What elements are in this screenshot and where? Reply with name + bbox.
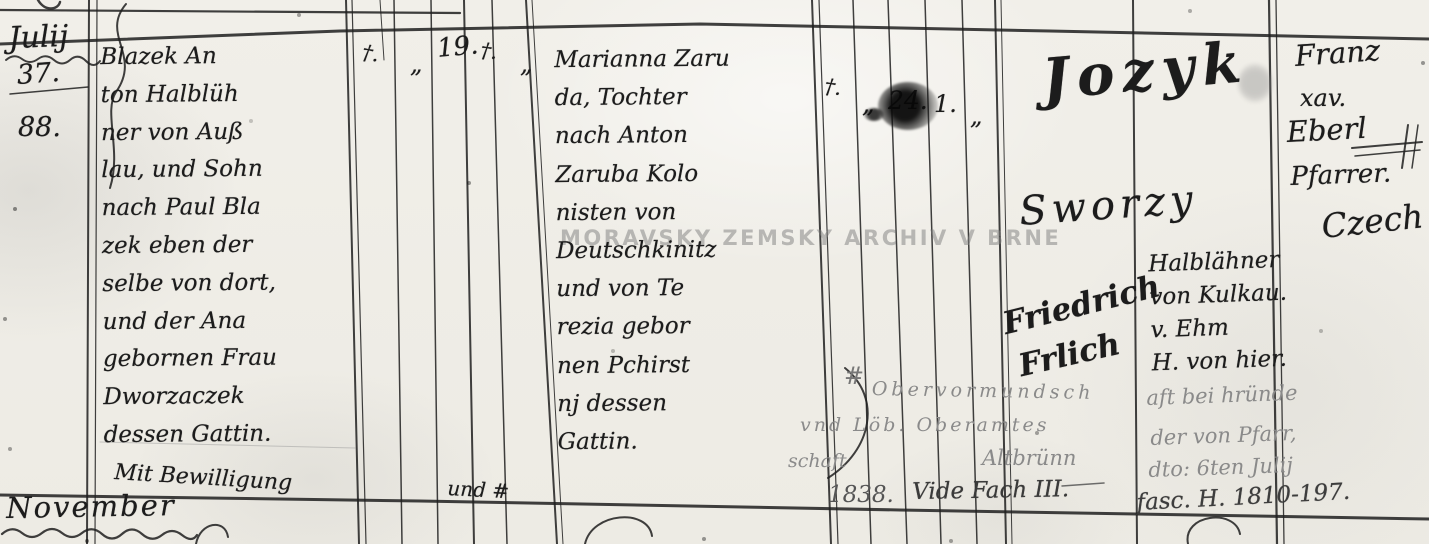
groom-text-line: selbe von dort, xyxy=(102,264,364,304)
groom-text-line: nach Paul Bla xyxy=(102,188,364,228)
priest-signature-line3: Eberl xyxy=(1286,114,1367,147)
bride-text-line: und von Te xyxy=(556,268,822,309)
witness-detail-line: H. von hier. xyxy=(1151,343,1290,381)
witness-details: Halblähner von Kulkau. v. Ehm H. von hie… xyxy=(1148,244,1290,381)
groom-text-line: Blazek An xyxy=(100,37,362,77)
pencil-note-year: 1838. xyxy=(828,484,894,507)
groom-religion-ditto: „ xyxy=(410,52,422,76)
witness-detail-line: v. Ehm xyxy=(1150,310,1289,348)
bride-entry-text: Marianna Zaru da, Tochter nach Anton Zar… xyxy=(554,39,824,462)
groom-text-line: ner von Auß xyxy=(101,112,363,152)
groom-religion-mark: †. xyxy=(360,42,381,66)
priest-signature-line4: Pfarrer. xyxy=(1290,160,1392,189)
pencil-note-row3c: dto: 6ten Julij xyxy=(1148,455,1293,481)
groom-text-line: zek eben der xyxy=(102,226,364,266)
scan-noise xyxy=(0,0,2,2)
priest-signature-line2: xav. xyxy=(1300,86,1346,110)
pencil-note-row3a: schaft xyxy=(788,452,847,471)
bride-text-line: nj dessen xyxy=(557,383,823,424)
bride-status-ditto: „ xyxy=(970,104,982,128)
groom-text-line: dessen Gattin. xyxy=(103,415,365,455)
witness-signature-line2: Sworzy xyxy=(1018,180,1199,232)
bride-text-line: Zaruba Kolo xyxy=(555,153,821,194)
bride-text-line: da, Tochter xyxy=(555,77,821,118)
pencil-note-row1b: aft bei hründe xyxy=(1146,383,1298,409)
groom-text-line: Dworzaczek xyxy=(103,377,365,417)
bride-text-line: nach Anton xyxy=(555,115,821,156)
ink-blot xyxy=(878,82,938,130)
bride-text-line: nen Pchirst xyxy=(557,344,823,385)
groom-status-mark: †. xyxy=(479,40,499,63)
groom-entry-text: Blazek An ton Halblüh ner von Auß lau, u… xyxy=(100,37,366,455)
bride-text-line: Gattin. xyxy=(558,421,824,462)
groom-text-line: gebornen Frau xyxy=(103,339,365,379)
entry-record-number: 37. xyxy=(16,59,61,89)
witness-signature-line1: Jozyk xyxy=(1040,34,1251,108)
groom-text-line: ton Halblüh xyxy=(101,75,363,115)
bride-text-line: nisten von xyxy=(556,192,822,233)
pencil-note-row2b: der von Pfarr, xyxy=(1150,423,1297,449)
pencil-note-row2a: vnd Löb. Oberamtes xyxy=(800,416,1050,435)
groom-status-ditto: „ xyxy=(520,52,532,76)
consent-note-continuation: und # xyxy=(447,478,510,501)
witness-detail-line: von Kulkau. xyxy=(1149,277,1288,315)
pencil-hash-mark: # xyxy=(844,364,864,388)
witness-name-extra: Czech xyxy=(1320,199,1425,242)
groom-text-line: lau, und Sohn xyxy=(101,150,363,190)
groom-age: 19. xyxy=(436,32,479,62)
witness-detail-line: Halblähner xyxy=(1148,244,1287,282)
next-entry-month: November xyxy=(6,491,176,523)
entry-house-number: 88. xyxy=(18,114,61,141)
ink-blot-small xyxy=(864,108,884,121)
bride-text-line: rezia gebor xyxy=(557,306,823,347)
bride-religion-mark: †. xyxy=(823,76,843,99)
entry-month: Julij xyxy=(8,22,69,54)
pencil-note-row3b: Altbrünn xyxy=(982,448,1076,469)
priest-signature-line1: Franz xyxy=(1294,36,1381,71)
pencil-note-row1a: Obervormundsch xyxy=(872,380,1095,403)
archive-reference-fach: Vide Fach III. xyxy=(912,478,1069,504)
bride-text-line: Marianna Zaru xyxy=(554,39,820,80)
groom-text-line: und der Ana xyxy=(102,301,364,341)
register-page: MORAVSKY ZEMSKY ARCHIV V BRNE Julij 37. … xyxy=(0,0,1429,544)
bride-text-line: Deutschkinitz xyxy=(556,230,822,271)
